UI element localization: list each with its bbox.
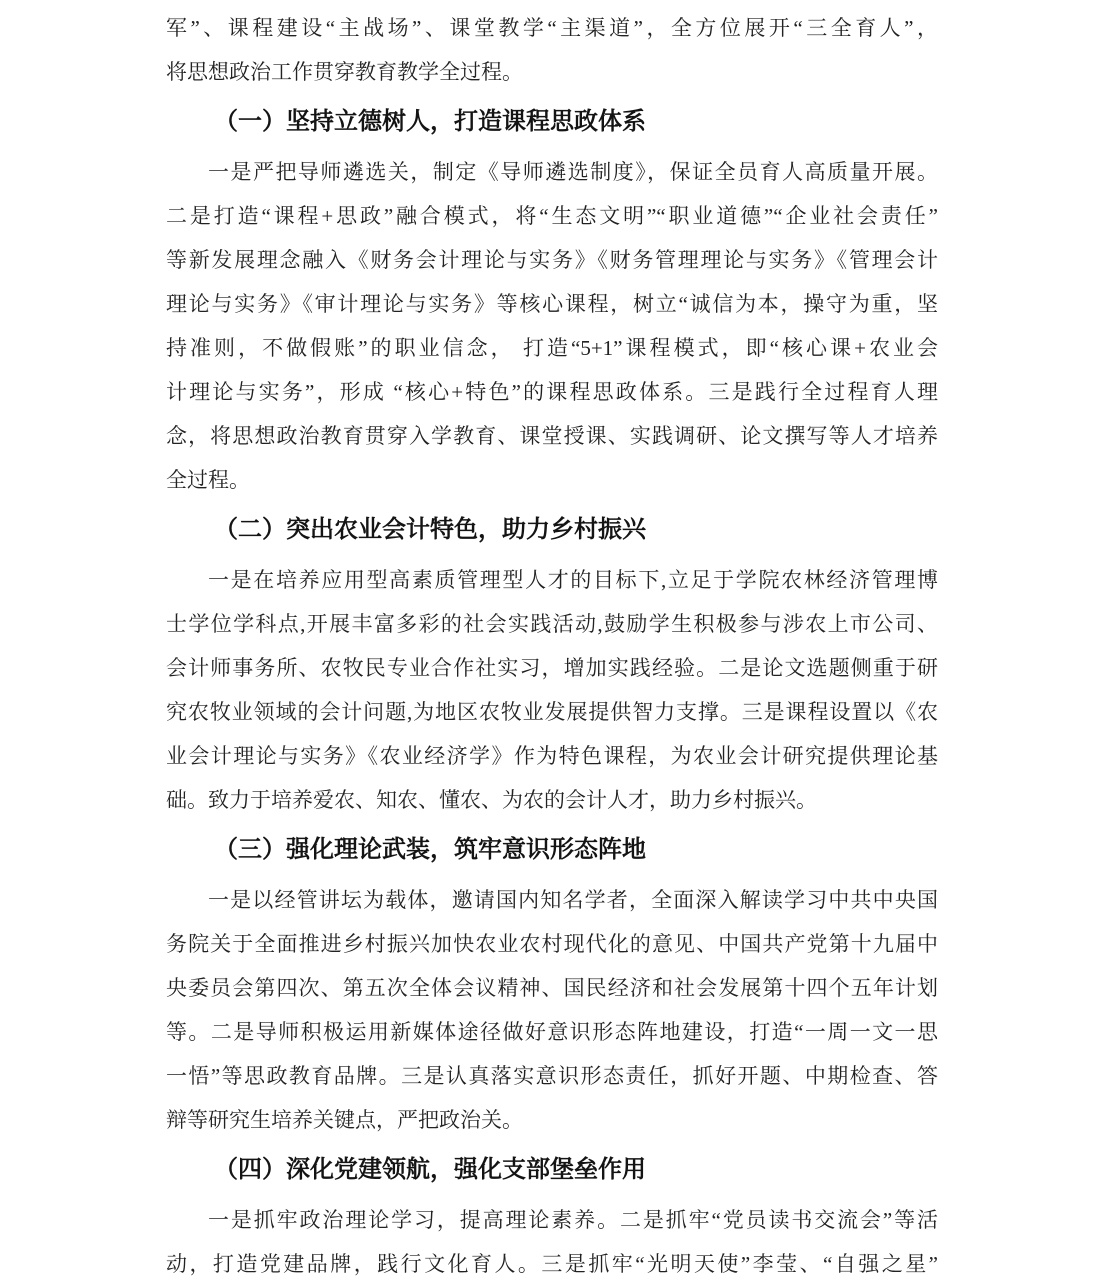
body-line: 务院关于全面推进乡村振兴加快农业农村现代化的意见、中国共产党第十九届中 [166, 922, 938, 966]
body-line: 一是严把导师遴选关，制定《导师遴选制度》，保证全员育人高质量开展。 [166, 150, 938, 194]
section-heading-2: （二）突出农业会计特色，助力乡村振兴 [166, 502, 938, 558]
body-line: 辩等研究生培养关键点，严把政治关。 [166, 1098, 938, 1142]
body-line: 业会计理论与实务》《农业经济学》作为特色课程，为农业会计研究提供理论基 [166, 734, 938, 778]
body-line: 持准则，不做假账”的职业信念， 打造“5+1”课程模式，即“核心课+农业会 [166, 326, 938, 370]
body-line: 二是打造“课程+思政”融合模式，将“生态文明”“职业道德”“企业社会责任” [166, 194, 938, 238]
body-line: 一悟”等思政教育品牌。三是认真落实意识形态责任，抓好开题、中期检查、答 [166, 1054, 938, 1098]
body-line: 等。二是导师积极运用新媒体途径做好意识形态阵地建设，打造“一周一文一思 [166, 1010, 938, 1054]
body-line: 等新发展理念融入《财务会计理论与实务》《财务管理理论与实务》《管理会计 [166, 238, 938, 282]
document-page: 军”、课程建设“主战场”、课堂教学“主渠道”，全方位展开“三全育人”， 将思想政… [0, 0, 1102, 1287]
body-line: 础。致力于培养爱农、知农、懂农、为农的会计人才，助力乡村振兴。 [166, 778, 938, 822]
body-line: 会计师事务所、农牧民专业合作社实习，增加实践经验。二是论文选题侧重于研 [166, 646, 938, 690]
body-line: 理论与实务》《审计理论与实务》等核心课程，树立“诚信为本，操守为重，坚 [166, 282, 938, 326]
body-line: 计理论与实务”，形成 “核心+特色”的课程思政体系。三是践行全过程育人理 [166, 370, 938, 414]
body-line: 士学位学科点,开展丰富多彩的社会实践活动,鼓励学生积极参与涉农上市公司、 [166, 602, 938, 646]
section-heading-4: （四）深化党建领航，强化支部堡垒作用 [166, 1142, 938, 1198]
section-heading-3: （三）强化理论武装，筑牢意识形态阵地 [166, 822, 938, 878]
body-line: 动，打造党建品牌，践行文化育人。三是抓牢“光明天使”李莹、“自强之星” [166, 1242, 938, 1286]
body-line: 念，将思想政治教育贯穿入学教育、课堂授课、实践调研、论文撰写等人才培养 [166, 414, 938, 458]
body-line: 将思想政治工作贯穿教育教学全过程。 [166, 50, 938, 94]
body-line: 军”、课程建设“主战场”、课堂教学“主渠道”，全方位展开“三全育人”， [166, 6, 938, 50]
body-line: 央委员会第四次、第五次全体会议精神、国民经济和社会发展第十四个五年计划 [166, 966, 938, 1010]
body-line: 一是在培养应用型高素质管理型人才的目标下,立足于学院农林经济管理博 [166, 558, 938, 602]
body-line: 究农牧业领域的会计问题,为地区农牧业发展提供智力支撑。三是课程设置以《农 [166, 690, 938, 734]
body-line: 一是以经管讲坛为载体，邀请国内知名学者，全面深入解读学习中共中央国 [166, 878, 938, 922]
body-line: 全过程。 [166, 458, 938, 502]
section-heading-1: （一）坚持立德树人，打造课程思政体系 [166, 94, 938, 150]
body-line: 一是抓牢政治理论学习，提高理论素养。二是抓牢“党员读书交流会”等活 [166, 1198, 938, 1242]
